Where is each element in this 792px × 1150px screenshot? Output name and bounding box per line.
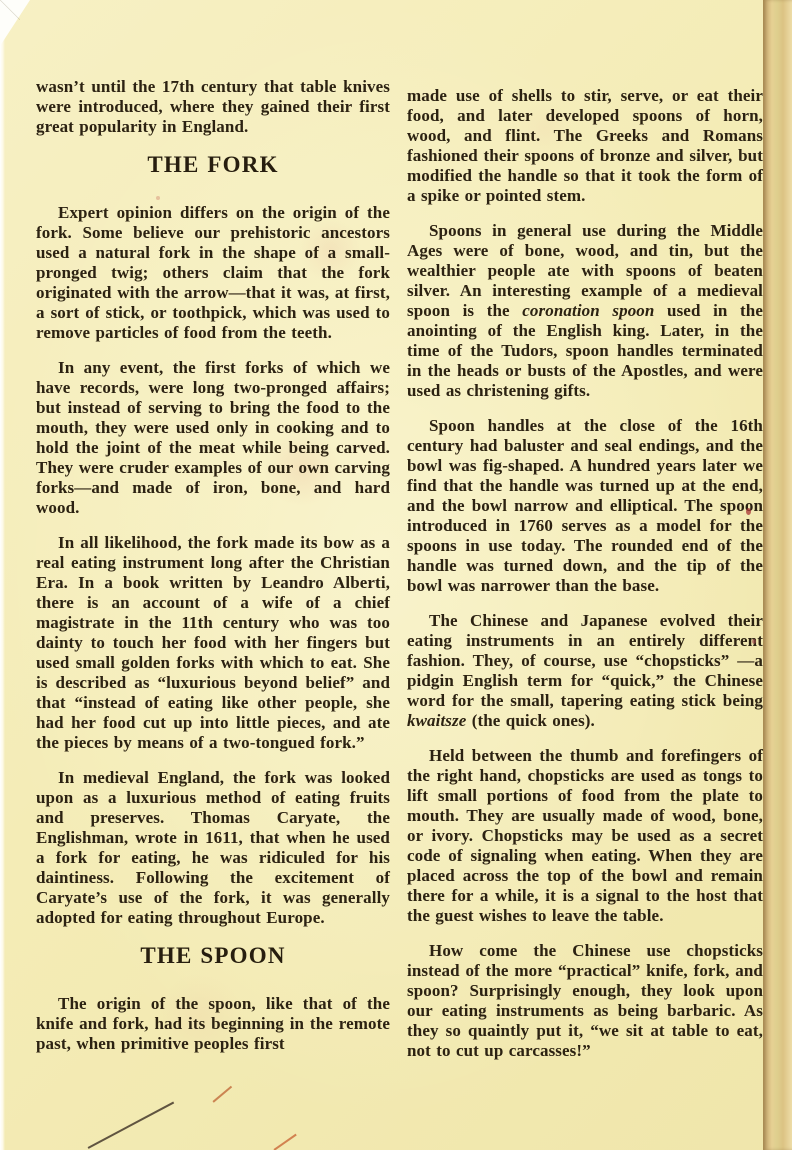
paragraph-how-come: How come the Chinese use chopsticks inst… xyxy=(407,941,763,1061)
paragraph-in-any-event: In any event, the first forks of which w… xyxy=(36,358,390,518)
paragraph-spoon-handles: Spoon handles at the close of the 16th c… xyxy=(407,416,763,596)
paragraph-held-between: Held between the thumb and forefingers o… xyxy=(407,746,763,926)
scratch-mark-orange-1 xyxy=(212,1086,231,1103)
paragraph-expert-opinion: Expert opinion differs on the origin of … xyxy=(36,203,390,343)
paragraph-chinese-japanese: The Chinese and Japanese evolved their e… xyxy=(407,611,763,731)
page-edge-right xyxy=(763,0,792,1150)
paragraph-middle-ages-spoons: Spoons in general use during the Middle … xyxy=(407,221,763,401)
paragraph-medieval-england: In medieval England, the fork was looked… xyxy=(36,768,390,928)
heading-the-fork: THE FORK xyxy=(36,152,390,178)
paragraph-spoon-origin: The origin of the spoon, like that of th… xyxy=(36,994,390,1054)
scratch-mark-orange-2 xyxy=(273,1134,296,1150)
scratch-mark-diagonal xyxy=(88,1102,174,1149)
ink-speck-3 xyxy=(156,196,160,200)
scan-edge-left xyxy=(0,0,5,1150)
paragraph-shells-continuation: made use of shells to stir, serve, or ea… xyxy=(407,86,763,206)
paragraph-knives-continuation: wasn’t until the 17th century that table… xyxy=(36,77,390,137)
ink-speck-1 xyxy=(746,508,751,515)
right-column: made use of shells to stir, serve, or ea… xyxy=(407,86,763,1076)
heading-the-spoon: THE SPOON xyxy=(36,943,390,969)
page-corner-crease xyxy=(0,0,55,55)
scanned-book-page: wasn’t until the 17th century that table… xyxy=(0,0,792,1150)
ink-speck-2 xyxy=(752,639,756,644)
left-column: wasn’t until the 17th century that table… xyxy=(36,77,390,1069)
paragraph-in-all-likelihood: In all likelihood, the fork made its bow… xyxy=(36,533,390,753)
